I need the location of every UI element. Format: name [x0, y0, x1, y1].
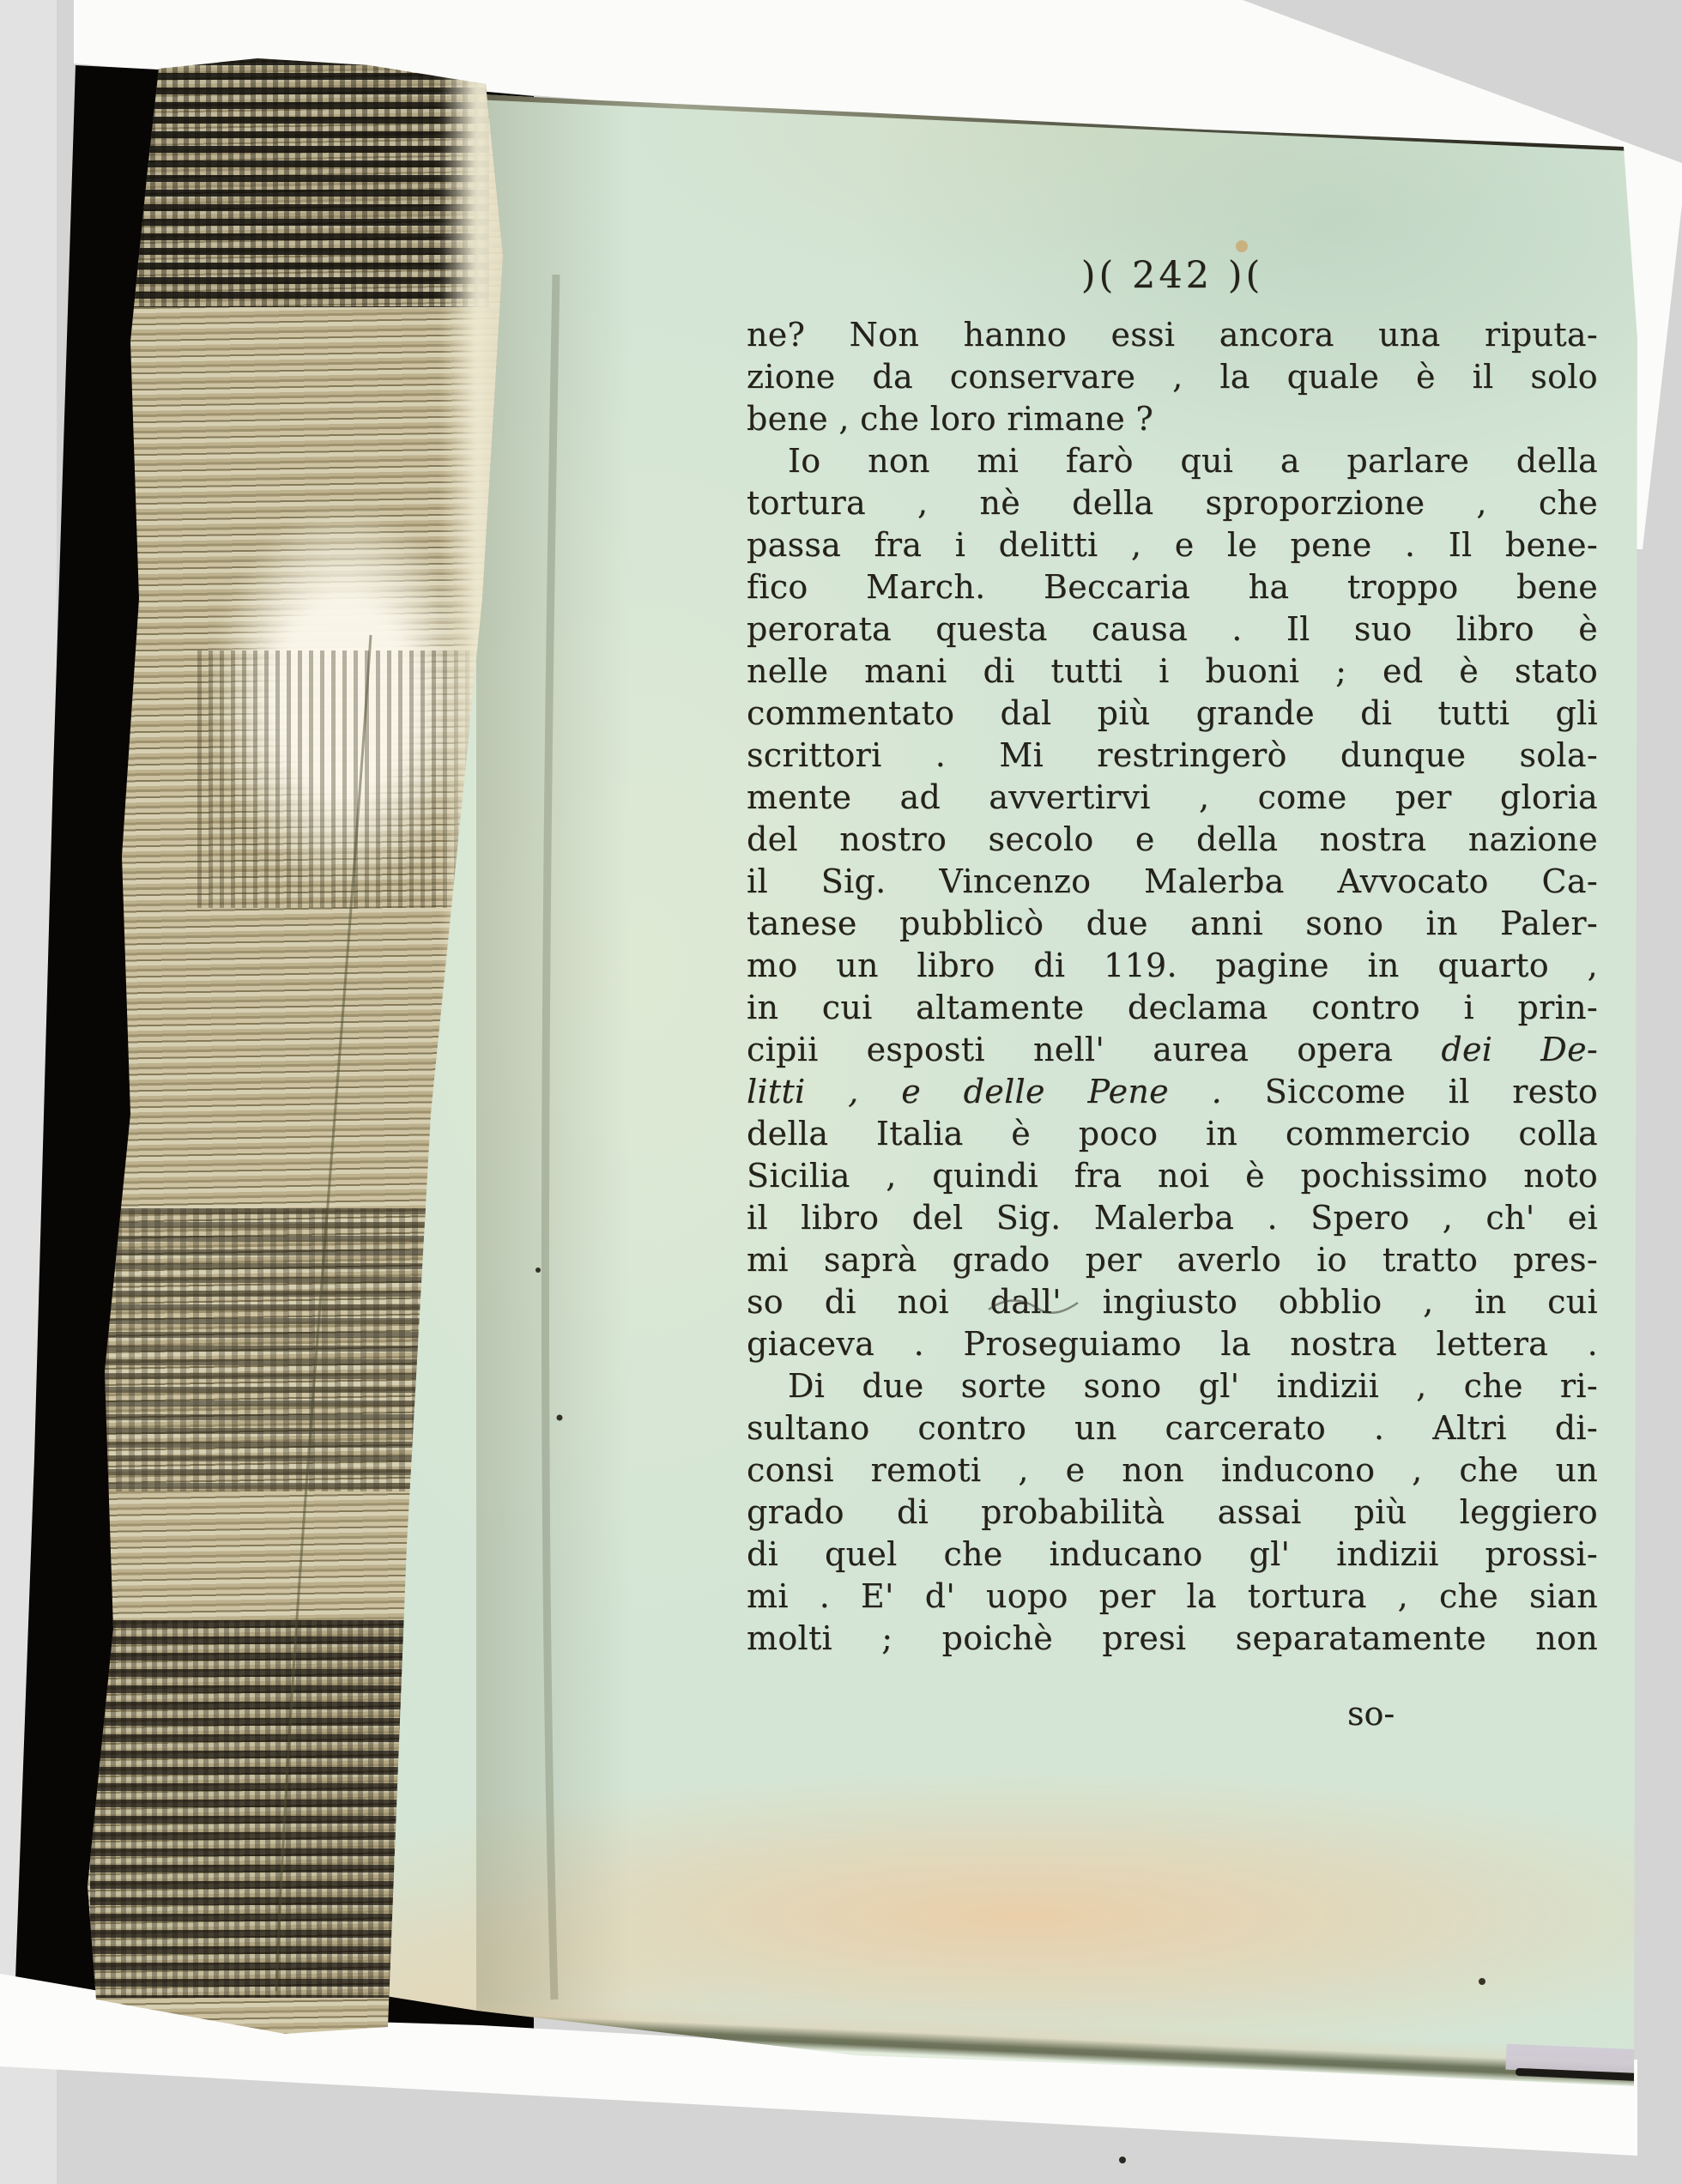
text-line: perorata questa causa . Il suo libro è	[747, 608, 1598, 650]
text-line: in cui altamente declama contro i prin-	[747, 987, 1598, 1029]
text-line: il Sig. Vincenzo Malerba Avvocato Ca-	[747, 861, 1598, 903]
text-line: consi remoti , e non inducono , che un	[747, 1449, 1598, 1491]
text-line: grado di probabilità assai più leggiero	[747, 1491, 1598, 1534]
text-line: commentato dal più grande di tutti gli	[747, 693, 1598, 735]
text-line: cipii esposti nell' aurea opera dei De-	[747, 1029, 1598, 1071]
text-line: mo un libro di 119. pagine in quarto ,	[747, 945, 1598, 987]
text-line: di quel che inducano gl' indizii prossi-	[747, 1534, 1598, 1576]
text-line: Di due sorte sono gl' indizii , che ri-	[747, 1365, 1598, 1407]
text-line: molti ; poichè presi separatamente non	[747, 1618, 1598, 1660]
book-scan-photo: )( 242 )( ne? Non hanno essi ancora una …	[0, 0, 1682, 2184]
text-line: del nostro secolo e della nostra nazione	[747, 819, 1598, 861]
text-line: passa fra i delitti , e le pene . Il ben…	[747, 524, 1598, 566]
text-line: fico March. Beccaria ha troppo bene	[747, 566, 1598, 608]
stack-dark-band-low	[90, 1620, 442, 1998]
text-line: tortura , nè della sproporzione , che	[747, 482, 1598, 524]
page-number-header: )( 242 )(	[747, 254, 1598, 297]
text-block: ne? Non hanno essi ancora una riputa-zio…	[747, 314, 1598, 1660]
stack-dark-band-mid	[103, 1208, 463, 1491]
text-line: mente ad avvertirvi , come per gloria	[747, 777, 1598, 819]
text-line: so di noi dall' ingiusto obblio , in cui	[747, 1281, 1598, 1323]
text-line: Sicilia , quindi fra noi è pochissimo no…	[747, 1155, 1598, 1197]
text-line: il libro del Sig. Malerba . Spero , ch' …	[747, 1197, 1598, 1239]
ink-speck	[1119, 2157, 1126, 2163]
text-line: scrittori . Mi restringerò dunque sola-	[747, 735, 1598, 777]
gutter-shadow	[476, 82, 656, 2098]
text-line: zione da conservare , la quale è il solo	[747, 356, 1598, 398]
text-line: della Italia è poco in commercio colla	[747, 1113, 1598, 1155]
text-line: sultano contro un carcerato . Altri di-	[747, 1407, 1598, 1449]
catchword: so-	[1347, 1695, 1395, 1733]
text-line: bene , che loro rimane ?	[747, 398, 1598, 440]
text-line: Io non mi farò qui a parlare della	[747, 440, 1598, 482]
text-line: nelle mani di tutti i buoni ; ed è stato	[747, 650, 1598, 693]
text-line: mi . E' d' uopo per la tortura , che sia…	[747, 1576, 1598, 1618]
text-line: giaceva . Proseguiamo la nostra lettera …	[747, 1323, 1598, 1365]
text-line: litti , e delle Pene . Siccome il resto	[747, 1071, 1598, 1113]
text-line: ne? Non hanno essi ancora una riputa-	[747, 314, 1598, 356]
text-line: mi saprà grado per averlo io tratto pres…	[747, 1239, 1598, 1281]
text-line: tanese pubblicò due anni sono in Paler-	[747, 903, 1598, 945]
text-area: )( 242 )( ne? Non hanno essi ancora una …	[747, 240, 1598, 1871]
